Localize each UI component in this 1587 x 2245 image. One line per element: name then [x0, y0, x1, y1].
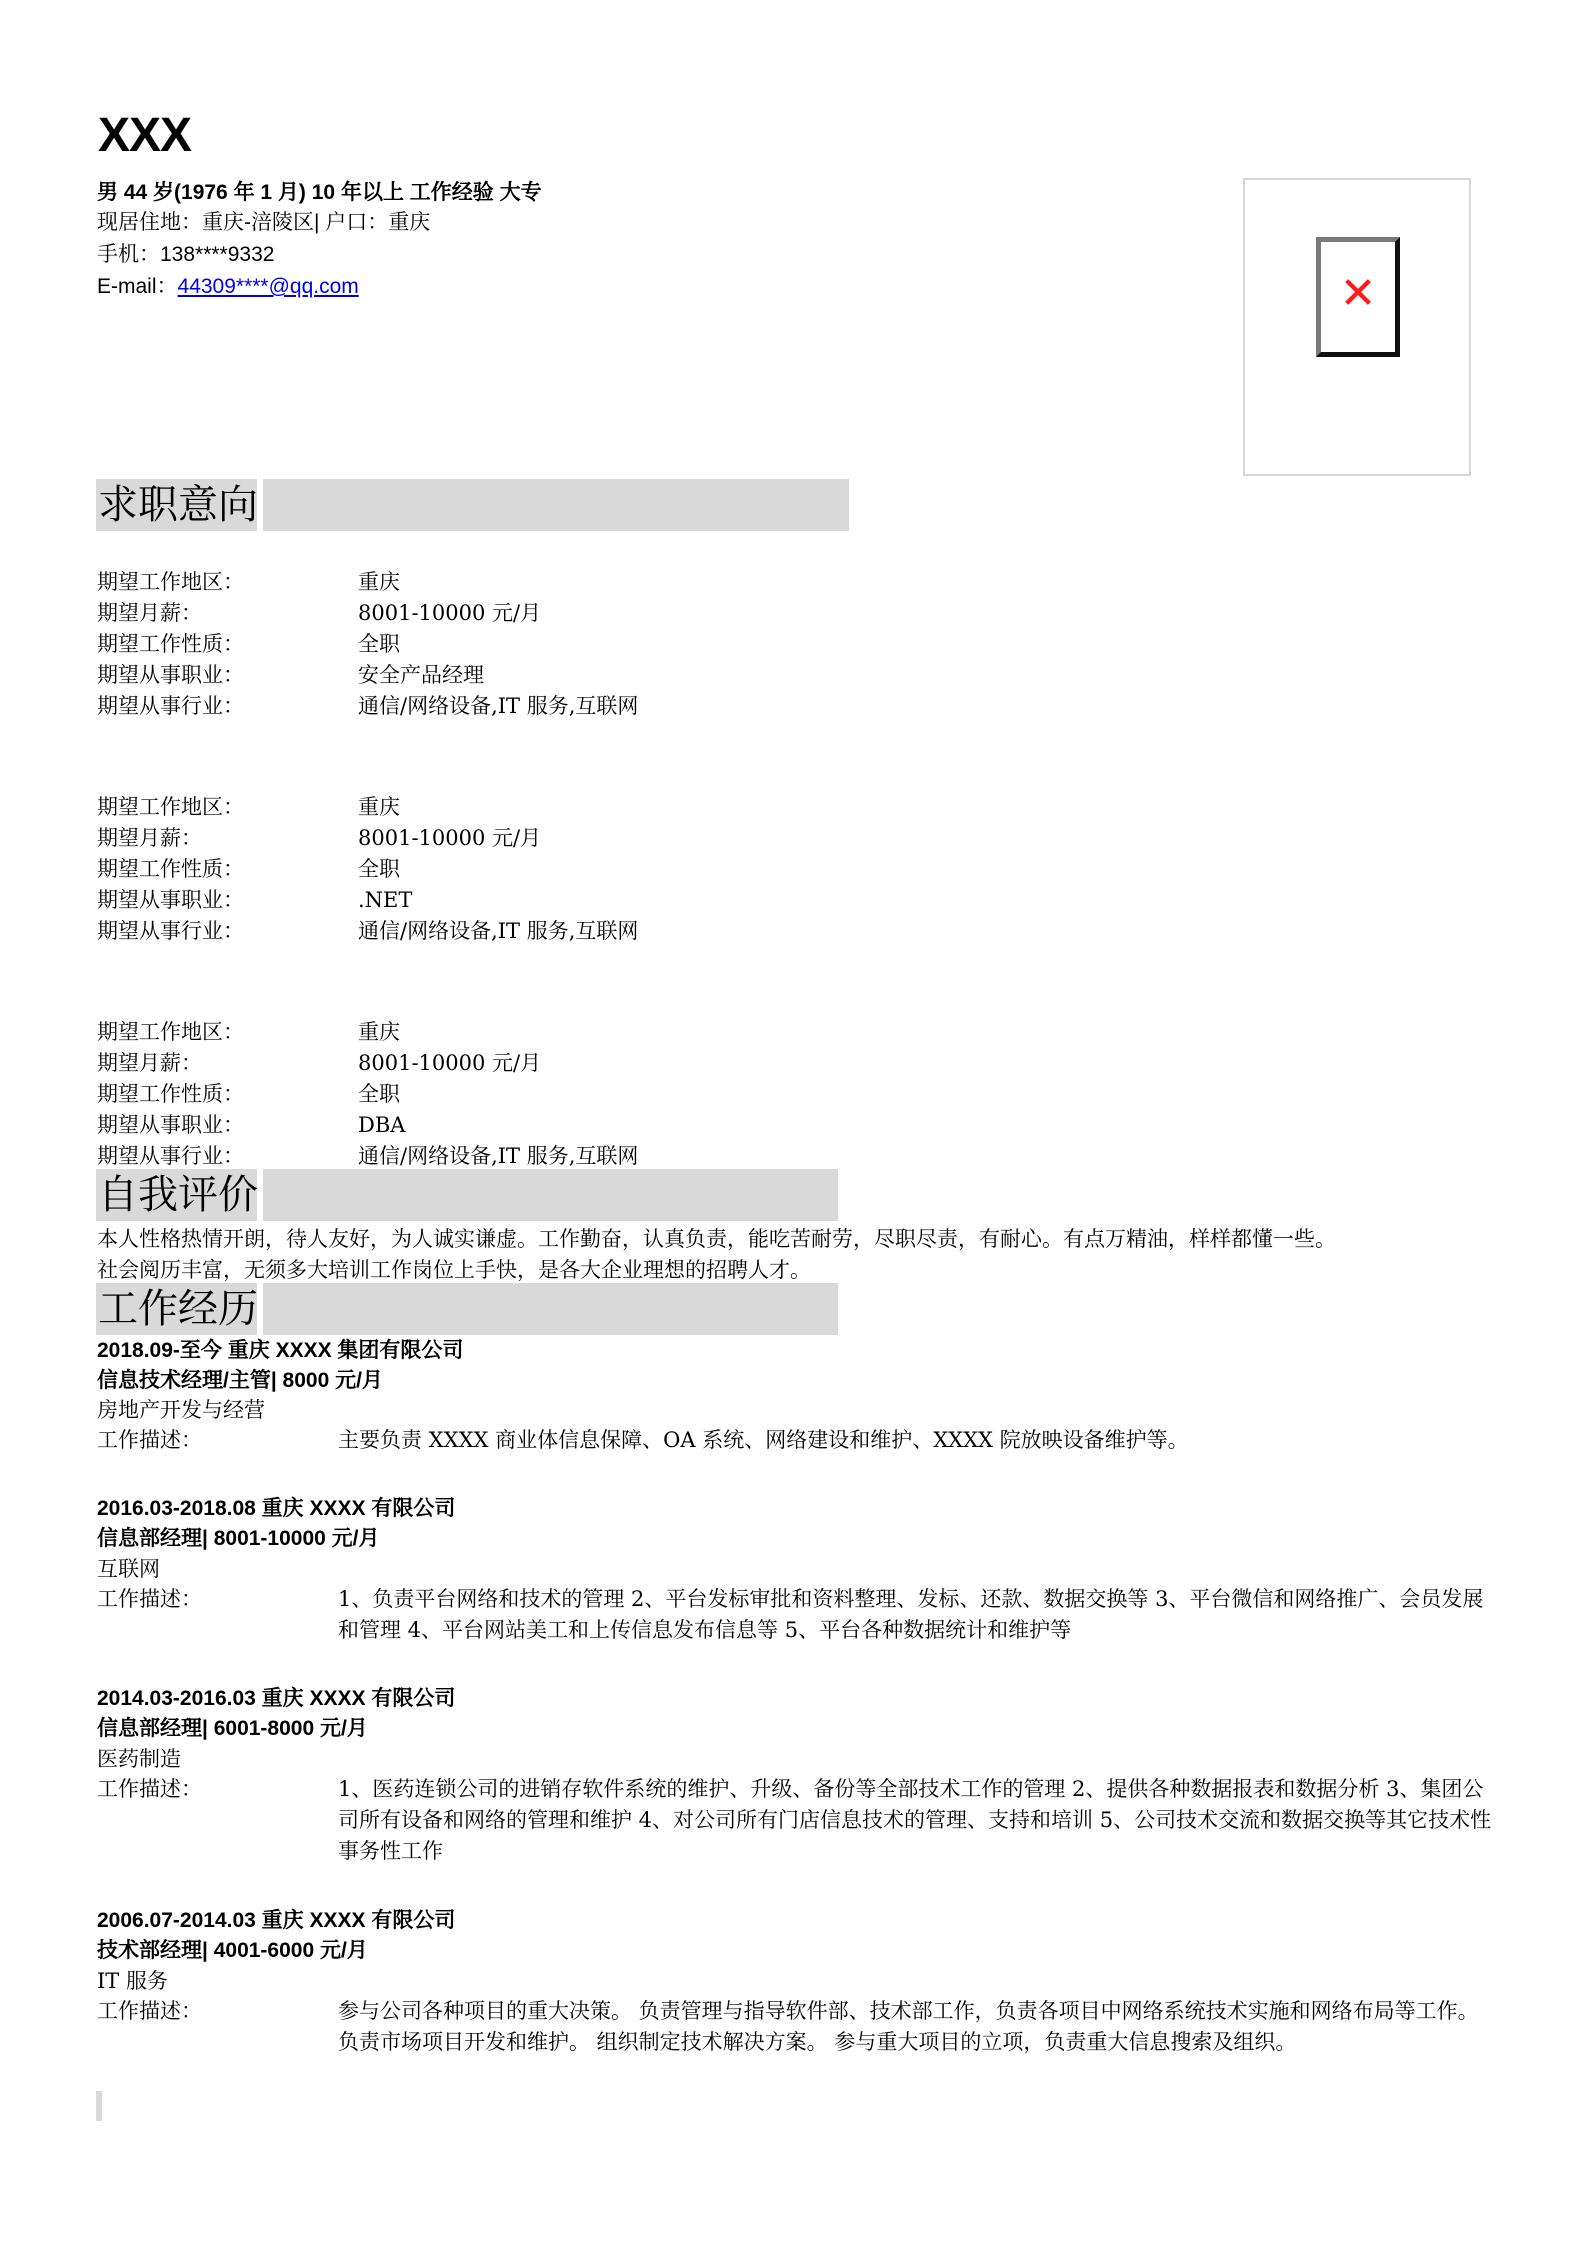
row-label: 期望工作地区： [97, 570, 244, 594]
row-label: 期望工作性质： [97, 632, 244, 656]
intention-row: 期望工作性质：全职 [97, 854, 244, 884]
row-label: 期望工作地区： [97, 795, 244, 819]
self-evaluation-line: 社会阅历丰富，无须多大培训工作岗位上手快，是各大企业理想的招聘人才。 [97, 1255, 1517, 1285]
intention-row: 期望月薪：8001-10000 元/月 [97, 598, 202, 628]
row-value: 重庆 [358, 1017, 400, 1047]
row-value: 重庆 [358, 567, 400, 597]
row-value: 全职 [358, 629, 400, 659]
row-label: 期望工作性质： [97, 857, 244, 881]
job-position-salary: 技术部经理| 4001-6000 元/月 [97, 1936, 368, 1966]
job-industry: 房地产开发与经营 [97, 1395, 265, 1425]
email-label: E-mail： [97, 275, 178, 298]
job-industry: 互联网 [97, 1554, 160, 1584]
row-value: 8001-10000 元/月 [358, 823, 541, 853]
row-label: 期望从事行业： [97, 919, 244, 943]
job-industry: IT 服务 [97, 1966, 168, 1996]
intention-row: 期望从事职业：.NET [97, 885, 244, 915]
row-value: 通信/网络设备,IT 服务,互联网 [358, 691, 638, 721]
job-description-label: 工作描述： [97, 1584, 202, 1614]
row-value: 通信/网络设备,IT 服务,互联网 [358, 1141, 638, 1171]
candidate-name: XXX [98, 108, 191, 163]
intention-row: 期望工作性质：全职 [97, 629, 244, 659]
job-description-label: 工作描述： [97, 1774, 202, 1804]
job-period-company: 2016.03-2018.08 重庆 XXXX 有限公司 [97, 1494, 455, 1524]
self-evaluation-line: 本人性格热情开朗，待人友好，为人诚实谦虚。工作勤奋，认真负责，能吃苦耐劳，尽职尽… [97, 1224, 1517, 1254]
job-position-salary: 信息技术经理/主管| 8000 元/月 [97, 1366, 383, 1396]
intention-row: 期望工作性质：全职 [97, 1079, 244, 1109]
intention-row: 期望工作地区：重庆 [97, 567, 244, 597]
row-value: 全职 [358, 854, 400, 884]
row-label: 期望从事职业： [97, 1113, 244, 1137]
job-description: 主要负责 XXXX 商业体信息保障、OA 系统、网络建设和维护、XXXX 院放映… [338, 1425, 1503, 1456]
job-position-salary: 信息部经理| 6001-8000 元/月 [97, 1714, 368, 1744]
phone-info: 手机：138****9332 [97, 240, 274, 270]
section-title-self-evaluation: 自我评价 [96, 1169, 257, 1221]
job-description-label: 工作描述： [97, 1425, 202, 1455]
row-value: 通信/网络设备,IT 服务,互联网 [358, 916, 638, 946]
section-bar [263, 1283, 838, 1335]
job-description: 参与公司各种项目的重大决策。 负责管理与指导软件部、技术部工作，负责各项目中网络… [338, 1996, 1503, 2058]
job-description: 1、负责平台网络和技术的管理 2、平台发标审批和资料整理、发标、还款、数据交换等… [338, 1584, 1503, 1646]
row-label: 期望月薪： [97, 826, 202, 850]
intention-row: 期望从事行业：通信/网络设备,IT 服务,互联网 [97, 916, 244, 946]
intention-row: 期望月薪：8001-10000 元/月 [97, 823, 202, 853]
section-bar [263, 1169, 838, 1221]
red-x-icon: ✕ [1321, 272, 1395, 316]
profile-photo: ✕ [1243, 178, 1471, 476]
section-marker [96, 2091, 102, 2121]
job-description-label: 工作描述： [97, 1996, 202, 2026]
intention-row: 期望从事职业：DBA [97, 1110, 244, 1140]
job-industry: 医药制造 [97, 1744, 181, 1774]
intention-row: 期望从事行业：通信/网络设备,IT 服务,互联网 [97, 1141, 244, 1171]
row-label: 期望月薪： [97, 1051, 202, 1075]
candidate-summary: 男 44 岁(1976 年 1 月) 10 年以上 工作经验 大专 [97, 178, 542, 208]
intention-row: 期望工作地区：重庆 [97, 792, 244, 822]
job-position-salary: 信息部经理| 8001-10000 元/月 [97, 1524, 379, 1554]
row-label: 期望工作性质： [97, 1082, 244, 1106]
intention-row: 期望从事行业：通信/网络设备,IT 服务,互联网 [97, 691, 244, 721]
row-value: 8001-10000 元/月 [358, 598, 541, 628]
email-link[interactable]: 44309****@qq.com [178, 275, 359, 298]
row-value: 重庆 [358, 792, 400, 822]
row-label: 期望月薪： [97, 601, 202, 625]
residence-info: 现居住地：重庆-涪陵区| 户口：重庆 [97, 208, 430, 238]
row-label: 期望从事职业： [97, 663, 244, 687]
section-title-job-intention: 求职意向 [96, 479, 257, 531]
row-value: 全职 [358, 1079, 400, 1109]
section-bar [263, 479, 849, 531]
intention-row: 期望工作地区：重庆 [97, 1017, 244, 1047]
row-value: DBA [358, 1110, 405, 1140]
email-row: E-mail：44309****@qq.com [97, 272, 359, 302]
row-label: 期望从事职业： [97, 888, 244, 912]
job-description: 1、医药连锁公司的进销存软件系统的维护、升级、备份等全部技术工作的管理 2、提供… [338, 1774, 1503, 1867]
row-value: 8001-10000 元/月 [358, 1048, 541, 1078]
row-label: 期望从事行业： [97, 1144, 244, 1168]
job-period-company: 2018.09-至今 重庆 XXXX 集团有限公司 [97, 1336, 463, 1366]
broken-image-icon: ✕ [1316, 237, 1400, 357]
section-title-work-experience: 工作经历 [96, 1283, 257, 1335]
row-label: 期望从事行业： [97, 694, 244, 718]
row-label: 期望工作地区： [97, 1020, 244, 1044]
intention-row: 期望月薪：8001-10000 元/月 [97, 1048, 202, 1078]
row-value: 安全产品经理 [358, 660, 484, 690]
intention-row: 期望从事职业：安全产品经理 [97, 660, 244, 690]
job-period-company: 2006.07-2014.03 重庆 XXXX 有限公司 [97, 1906, 455, 1936]
job-period-company: 2014.03-2016.03 重庆 XXXX 有限公司 [97, 1684, 455, 1714]
row-value: .NET [358, 885, 412, 915]
